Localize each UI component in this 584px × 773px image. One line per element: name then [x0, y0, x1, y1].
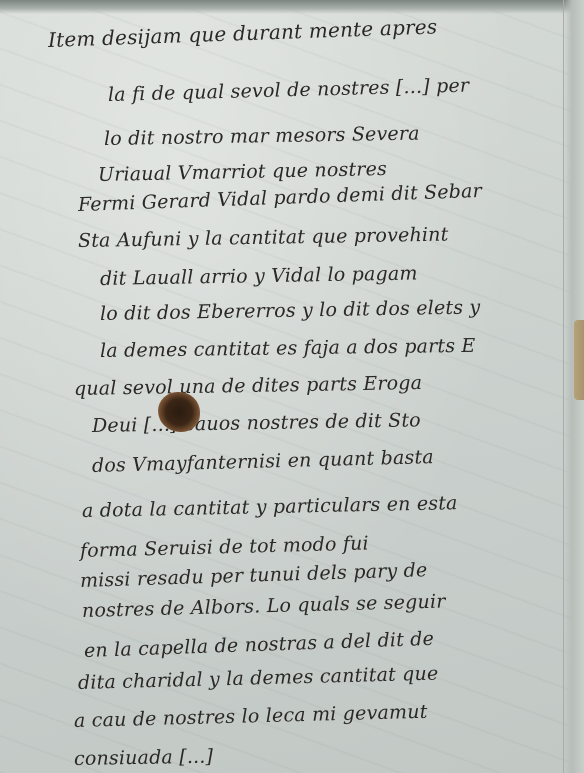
page-top-edge	[0, 0, 584, 14]
manuscript-page: Item desijam que durant mente apres la f…	[0, 0, 584, 773]
manuscript-line-20: consiuada [...]	[74, 746, 214, 770]
brown-stain-icon	[574, 320, 584, 400]
burn-stain-icon	[158, 392, 200, 432]
